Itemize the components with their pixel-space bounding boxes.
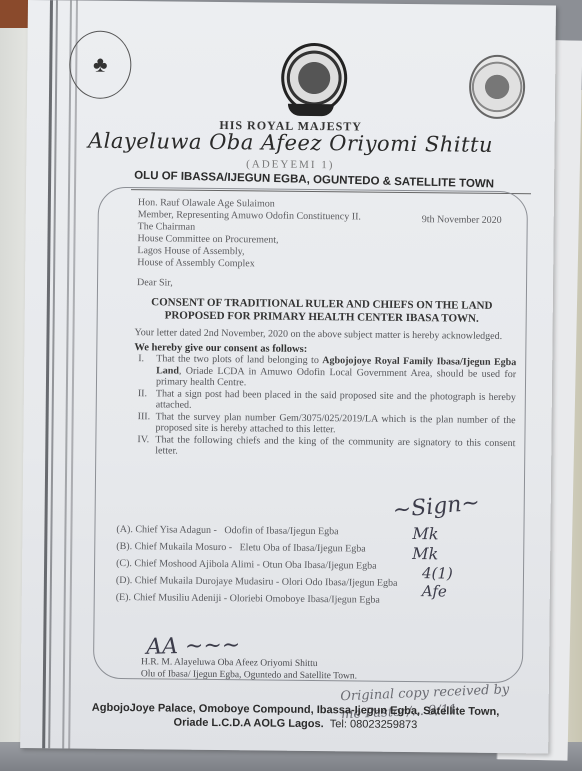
crest-center-icon [281,43,348,114]
letterhead-footer: AgbojoJoye Palace, Omoboye Compound, Iba… [60,700,530,733]
signatory-title: Olu of Ibasa/ Ijegun Egba, Oguntedo and … [141,668,357,682]
crest-right-icon [469,55,526,120]
chief-name: (C). Chief Moshood Ajibola Alimi - [116,555,260,574]
consent-item: I. That the two plots of land belonging … [134,353,516,391]
consent-list: I. That the two plots of land belonging … [133,353,516,460]
chief-title: Oloriebi Omoboye Ibasa/Ijegun Egba [230,590,380,609]
salutation: Dear Sir, [137,277,173,288]
crest-left-icon: ♣ [69,30,132,99]
footer-address-line-2: Oriade L.C.D.A AOLG Lagos. [174,717,324,731]
chief-title: Olori Odo Ibasa/Ijegun Egba [282,574,398,592]
letterhead-regnal: (ADEYEMI 1) [26,156,554,174]
item-text: , Oriade LCDA in Amuwo Odofin Local Gove… [156,365,516,388]
footer-telephone: Tel: 08023259873 [330,718,418,731]
signature-chief-b: Mk [412,524,438,543]
chief-name: (D). Chief Mukaila Durojaye Mudasiru - [116,572,279,591]
item-number: I. [138,353,144,365]
item-number: II. [138,388,147,400]
binding-marks [40,0,88,748]
consent-item: IV. That the following chiefs and the ki… [133,434,515,461]
letter-date: 9th November 2020 [422,214,502,226]
background-wood [0,0,30,28]
chief-title: Odofin of Ibasa/Ijegun Egba [224,522,338,540]
chief-row: (E). Chief Musiliu Adeniji - Oloriebi Om… [116,589,398,609]
item-text: That a sign post had been placed in the … [156,388,516,411]
chief-title: Otun Oba Ibasa/Ijegun Egba [262,556,376,574]
letterhead-name: Alayeluwa Oba Afeez Oriyomi Shittu [26,128,554,158]
recipient-line: House of Assembly Complex [137,257,360,271]
chief-name: (A). Chief Yisa Adagun - [116,521,217,539]
item-text: That the survey plan number Gem/3075/025… [155,411,515,435]
chief-name: (B). Chief Mukaila Mosuro - [116,538,232,556]
letter-body: Your letter dated 2nd November, 2020 on … [133,327,516,460]
chief-name: (E). Chief Musiliu Adeniji - [116,589,228,607]
signatory-block: H.R. M. Alayeluwa Oba Afeez Oriyomi Shit… [141,656,357,682]
recipient-address: Hon. Rauf Olawale Age Sulaimon Member, R… [137,197,361,271]
item-text: That the following chiefs and the king o… [155,434,515,457]
item-number: IV. [137,434,149,446]
signature-chief-d: 4(1) [422,564,453,582]
chiefs-list: (A). Chief Yisa Adagun - Odofin of Ibasa… [116,521,398,609]
item-number: III. [138,411,151,423]
signature-chief-c: Mk [412,544,438,563]
signature-chief-e: Afe [422,582,447,600]
letter-page: ♣ HIS ROYAL MAJESTY Alayeluwa Oba Afeez … [20,0,556,753]
chief-title: Eletu Oba of Ibasa/Ijegun Egba [240,539,366,557]
subject-heading: CONSENT OF TRADITIONAL RULER AND CHIEFS … [137,296,507,326]
